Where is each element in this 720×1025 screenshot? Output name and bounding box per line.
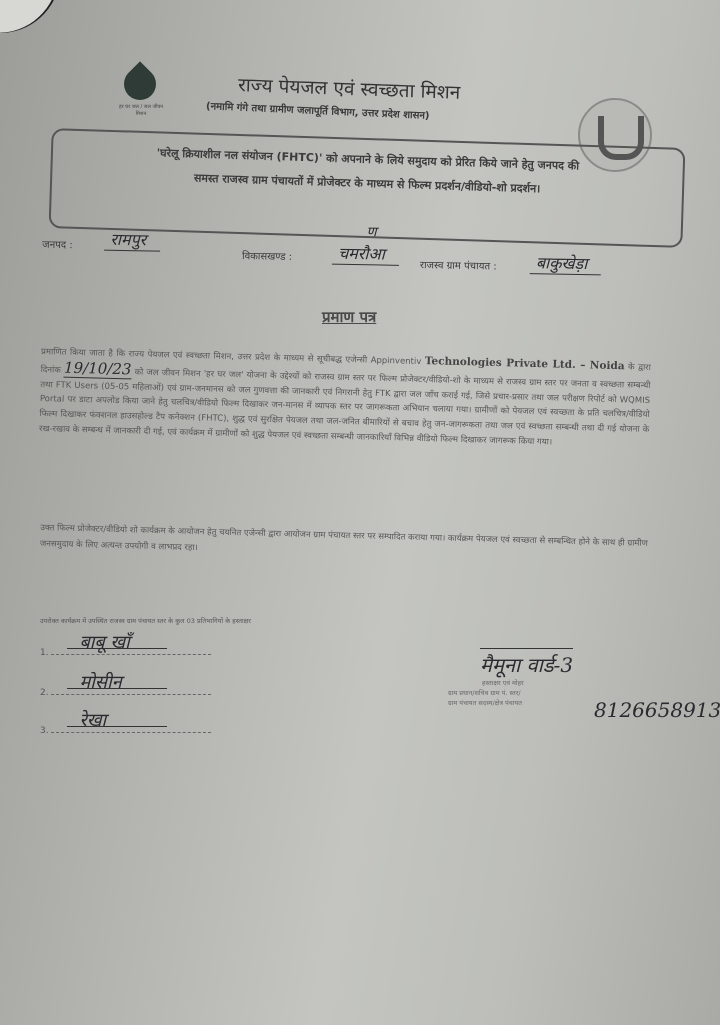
witness-row: 3. रेखा — [40, 726, 211, 736]
witness-signature: मोसीन — [79, 670, 121, 694]
district-label: जनपद : — [42, 237, 73, 252]
location-fields: जनपद : रामपुर विकासखण्ड : चमरौआ ण राजस्व… — [42, 229, 663, 290]
agency-name: Technologies Private Ltd. – Noida — [425, 355, 625, 372]
event-date: 19/10/23 — [64, 358, 132, 379]
left-logo-caption: हर घर जल / जल जीवन मिशन — [118, 104, 164, 118]
certificate-document: हर घर जल / जल जीवन मिशन राज्य पेयजल एवं … — [0, 0, 720, 1025]
signatory-label-2: ग्राम प्रधान/सचिव ग्राम पं. स्तर/ — [448, 688, 718, 698]
certificate-paragraph-2: उक्त फिल्म प्रोजेक्टर/वीडियो शो कार्यक्र… — [40, 520, 653, 568]
signatory-phone: 8126658913 — [594, 698, 720, 722]
signatory-label-1: हस्ताक्षर एवं मोहर — [482, 678, 718, 688]
org-title: राज्य पेयजल एवं स्वच्छता मिशन — [238, 71, 461, 105]
water-drop-logo-icon: हर घर जल / जल जीवन मिशन — [118, 68, 162, 128]
district-value: रामपुर — [104, 228, 160, 252]
witness-signature: रेखा — [79, 708, 106, 732]
witness-number: 2. — [40, 688, 49, 698]
certificate-paragraph-1: प्रमाणित किया जाता है कि राज्य पेयजल एवं… — [39, 344, 651, 453]
witness-row: 1. बाबू खाँ — [40, 648, 211, 658]
block-label: विकासखण्ड : — [242, 248, 292, 263]
village-value: बाकुखेड़ा — [530, 251, 602, 275]
witness-number: 3. — [40, 726, 49, 736]
signatory-block: मैमूना वार्ड-3 हस्ताक्षर एवं मोहर ग्राम … — [448, 648, 718, 708]
village-label: राजस्व ग्राम पंचायत : — [420, 257, 497, 272]
certificate-title: प्रमाण पत्र — [322, 307, 376, 327]
witness-signature: बाबू खाँ — [79, 630, 129, 654]
witness-row: 2. मोसीन — [40, 688, 211, 698]
block-annotation: ण — [360, 222, 390, 242]
witness-number: 1. — [40, 648, 49, 658]
witness-note: उपरोक्त कार्यक्रम में उपस्थित राजस्व ग्र… — [40, 616, 370, 627]
signatory-signature: मैमूना वार्ड-3 — [480, 648, 573, 678]
block-value: चमरौआ — [332, 242, 399, 266]
